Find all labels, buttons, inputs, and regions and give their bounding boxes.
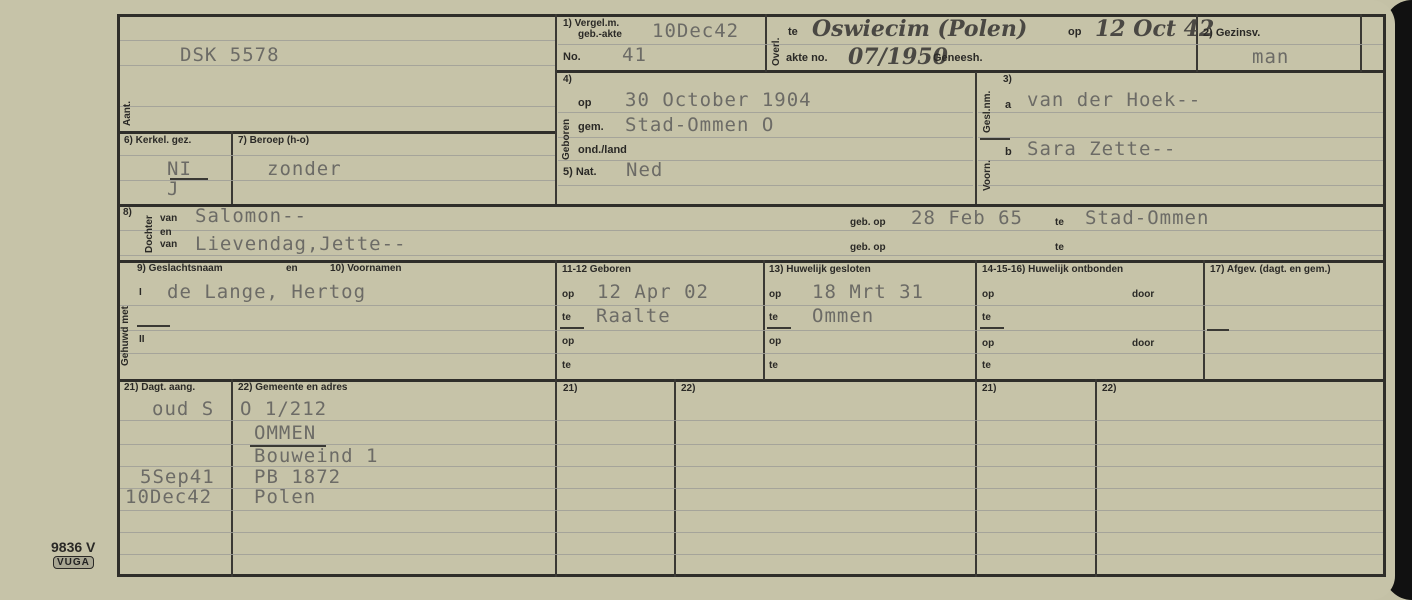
- gezinsv-label: 2) Gezinsv.: [1203, 27, 1260, 39]
- father-birth-date: 28 Feb 65: [911, 207, 1023, 229]
- divider: [231, 131, 233, 204]
- afgev-label: 17) Afgev. (dagt. en gem.): [1210, 264, 1331, 275]
- overl-date-handwritten: 12 Oct 42: [1095, 16, 1214, 42]
- mother-te-label: te: [1055, 242, 1064, 253]
- overl-op-label: op: [1068, 26, 1081, 38]
- divider: [1360, 14, 1362, 72]
- address-dagt-3: 5Sep41: [140, 466, 215, 488]
- akte-no-label: akte no.: [786, 52, 828, 64]
- geboren-11-12-label: 11-12 Geboren: [562, 264, 631, 275]
- nat-label: 5) Nat.: [563, 166, 597, 178]
- father-te-label: te: [1055, 217, 1064, 228]
- op-label-2: op: [562, 336, 574, 347]
- en-label-2: en: [286, 263, 298, 274]
- divider: [117, 260, 1386, 263]
- door-label-1: door: [1132, 289, 1154, 300]
- kerkel-value-2: J: [167, 178, 179, 200]
- aant-value: DSK 5578: [180, 44, 280, 66]
- divider: [975, 72, 977, 204]
- door-label-2: door: [1132, 338, 1154, 349]
- gezinsv-value: man: [1252, 46, 1289, 68]
- mother-geb-op-label: geb. op: [850, 242, 886, 253]
- dochter-side-label: Dochter: [144, 215, 155, 253]
- overl-side-label: Overl.: [771, 38, 782, 66]
- vergel-label: 1) Vergel.m.: [563, 18, 619, 29]
- address-adres-0: O 1/212: [240, 398, 327, 420]
- divider: [674, 379, 676, 577]
- address-adres-4: Polen: [254, 486, 316, 508]
- voornamen-label: 10) Voornamen: [330, 263, 402, 274]
- voorn-side-label: Voorn.: [982, 160, 993, 191]
- section-3-label: 3): [1003, 74, 1012, 85]
- ontbonden-op-label: op: [982, 289, 994, 300]
- mother-name: Lievendag,Jette--: [195, 233, 406, 255]
- marriage-date: 18 Mrt 31: [812, 281, 924, 303]
- geb-op-label: op: [578, 97, 591, 109]
- te-label-2: te: [562, 360, 571, 371]
- gesloten-te-label: te: [769, 312, 778, 323]
- van-label-1: van: [160, 213, 177, 224]
- spouse-name: de Lange, Hertog: [167, 281, 366, 303]
- spouse-birth-date: 12 Apr 02: [597, 281, 709, 303]
- van-label-2: van: [160, 239, 177, 250]
- kerkel-value-1: NI: [167, 158, 192, 180]
- section-8-label: 8): [123, 207, 132, 218]
- ontbonden-te-label: te: [982, 312, 991, 323]
- divider: [555, 70, 1386, 73]
- father-name: Salomon--: [195, 205, 307, 227]
- te-label-4: te: [982, 360, 991, 371]
- vergel-date: 10Dec42: [652, 20, 739, 42]
- en-label: en: [160, 227, 172, 238]
- spouse-birth-place: Raalte: [596, 305, 671, 327]
- father-geb-op-label: geb. op: [850, 217, 886, 228]
- geslachtsnaam-label: 9) Geslachtsnaam: [137, 263, 223, 274]
- dagt-aang-label: 21) Dagt. aang.: [124, 382, 195, 393]
- col-22-label-2: 22): [1102, 383, 1116, 394]
- huwelijk-gesloten-label: 13) Huwelijk gesloten: [769, 264, 871, 275]
- geslnm-side-label: Gesl.nm.: [982, 91, 993, 133]
- divider: [1095, 379, 1097, 577]
- address-adres-3: PB 1872: [254, 466, 341, 488]
- divider: [117, 131, 557, 134]
- address-dagt-0: oud S: [152, 398, 214, 420]
- ond-land-label: ond./land: [578, 144, 627, 156]
- op-label-4: op: [982, 338, 994, 349]
- divider: [1203, 260, 1205, 380]
- form-number: 9836 V: [51, 539, 95, 555]
- geb-gem-label: gem.: [578, 121, 604, 133]
- section-4-label: 4): [563, 74, 572, 85]
- birth-place: Stad-Ommen O: [625, 114, 774, 136]
- naam-b-label: b: [1005, 146, 1012, 158]
- divider: [555, 260, 557, 577]
- gesloten-op-label: op: [769, 289, 781, 300]
- printer-mark: VUGA: [53, 556, 94, 569]
- marriage-place: Ommen: [812, 305, 874, 327]
- geneesh-label: Geneesh.: [933, 52, 983, 64]
- no-label: No.: [563, 51, 581, 63]
- overl-place-handwritten: Oswiecim (Polen): [812, 16, 1027, 42]
- surname: van der Hoek--: [1027, 89, 1201, 111]
- address-adres-1: OMMEN: [254, 422, 316, 444]
- col-22-label: 22): [681, 383, 695, 394]
- divider: [555, 14, 557, 204]
- geb-akte-label: geb.-akte: [578, 29, 622, 40]
- divider: [975, 260, 977, 577]
- divider: [763, 260, 765, 380]
- father-birth-place: Stad-Ommen: [1085, 207, 1209, 229]
- op-label-3: op: [769, 336, 781, 347]
- roman-1: I: [139, 287, 142, 298]
- naam-a-label: a: [1005, 99, 1011, 111]
- address-adres-2: Bouweind 1: [254, 445, 378, 467]
- col-21-label: 21): [563, 383, 577, 394]
- spouse-te-label: te: [562, 312, 571, 323]
- kerkel-label: 6) Kerkel. gez.: [124, 135, 191, 146]
- nationality: Ned: [626, 159, 663, 181]
- address-dagt-4: 10Dec42: [125, 486, 212, 508]
- geboren-side-label: Geboren: [561, 119, 572, 160]
- roman-2: II: [139, 334, 145, 345]
- col-21-label-2: 21): [982, 383, 996, 394]
- gemeente-adres-label: 22) Gemeente en adres: [238, 382, 348, 393]
- given-names: Sara Zette--: [1027, 138, 1176, 160]
- gehuwd-met-side-label: Gehuwd met: [120, 306, 131, 366]
- divider: [765, 14, 767, 72]
- no-value: 41: [622, 44, 647, 66]
- beroep-value: zonder: [267, 158, 342, 180]
- huwelijk-ontbonden-label: 14-15-16) Huwelijk ontbonden: [982, 264, 1123, 275]
- spouse-op-label: op: [562, 289, 574, 300]
- divider: [231, 379, 233, 577]
- aant-label: Aant.: [122, 101, 133, 126]
- overl-te-label: te: [788, 26, 798, 38]
- te-label-3: te: [769, 360, 778, 371]
- birth-date: 30 October 1904: [625, 89, 812, 111]
- beroep-label: 7) Beroep (h-o): [238, 135, 309, 146]
